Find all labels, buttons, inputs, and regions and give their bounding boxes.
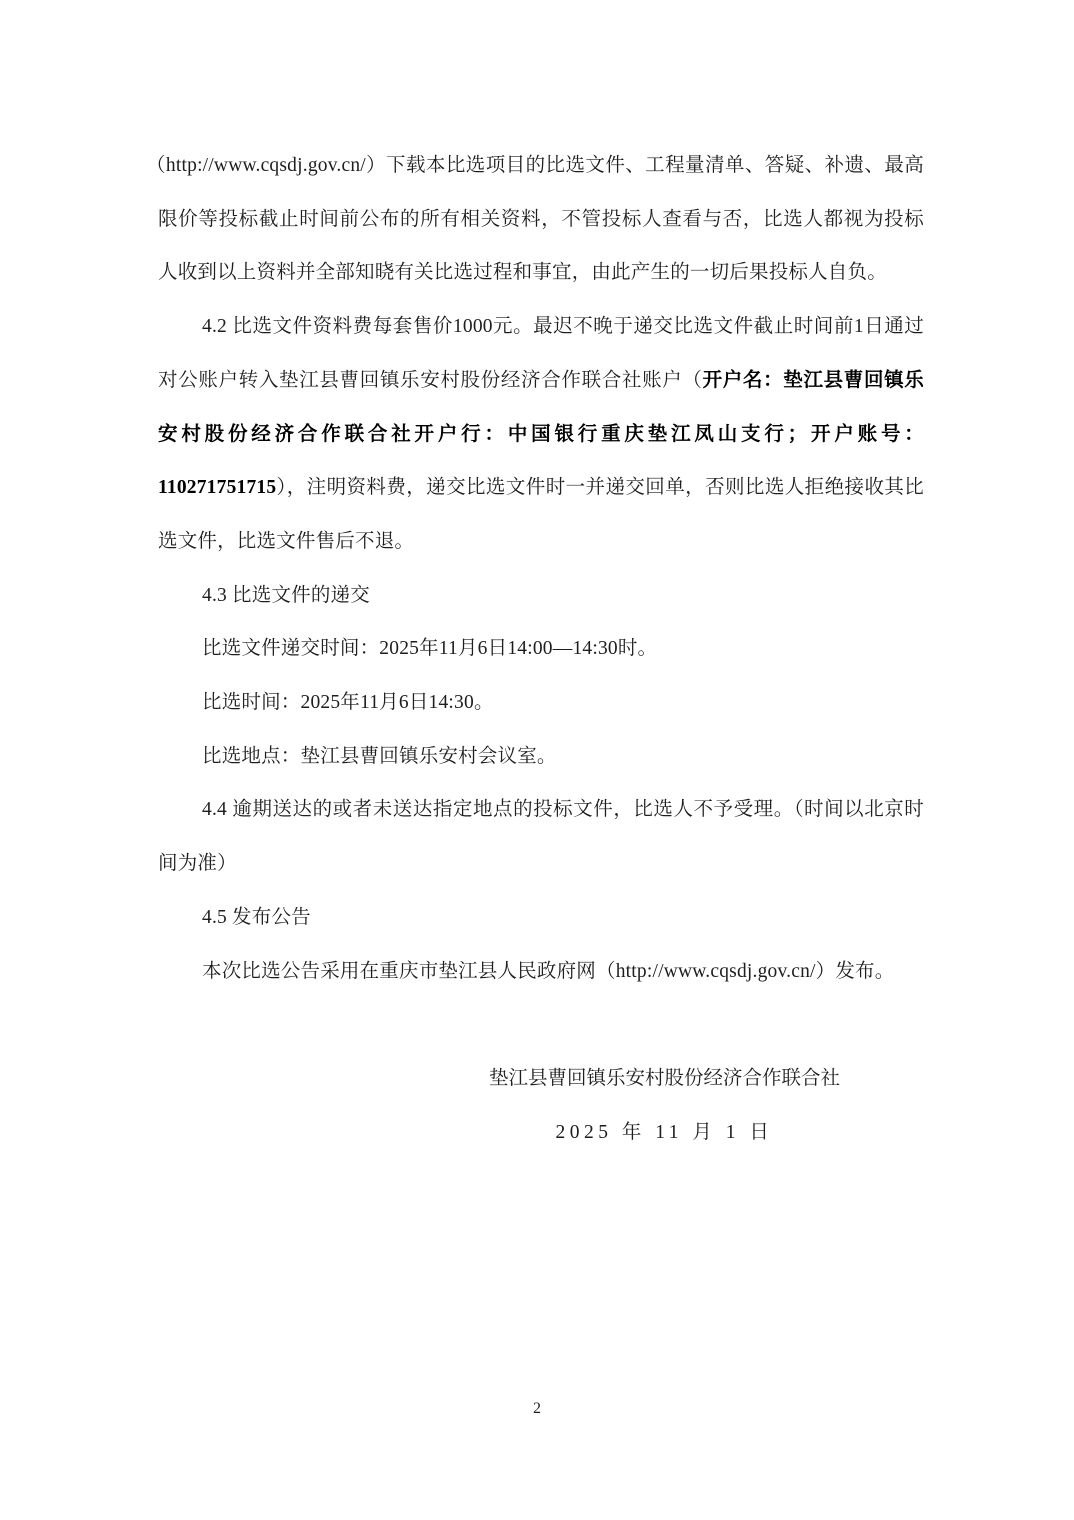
document-body: （http://www.cqsdj.gov.cn/）下载本比选项目的比选文件、工… [158, 139, 924, 1159]
document-page: （http://www.cqsdj.gov.cn/）下载本比选项目的比选文件、工… [0, 0, 1074, 1520]
signature-organization: 垫江县曹回镇乐安村股份经济合作联合社 [489, 1052, 840, 1106]
text-run: 4.5 发布公告 [202, 907, 311, 928]
paragraph-submission-time: 比选文件递交时间：2025年11月6日14:00—14:30时。 [158, 622, 924, 676]
paragraph-4-3-heading: 4.3 比选文件的递交 [158, 569, 924, 623]
text-run: （http://www.cqsdj.gov.cn/）下载本比选项目的比选文件、工… [146, 155, 924, 283]
paragraph-4-2-document-fee: 4.2 比选文件资料费每套售价1000元。最迟不晚于递交比选文件截止时间前1日通… [158, 300, 924, 569]
text-run: 4.4 逾期送达的或者未送达指定地点的投标文件，比选人不予受理。（时间以北京时间… [158, 799, 924, 874]
text-run: 比选地点：垫江县曹回镇乐安村会议室。 [202, 746, 557, 767]
paragraph-4-4-late-delivery: 4.4 逾期送达的或者未送达指定地点的投标文件，比选人不予受理。（时间以北京时间… [158, 783, 924, 890]
signature-block: 垫江县曹回镇乐安村股份经济合作联合社 2025 年 11 月 1 日 [489, 1052, 840, 1159]
text-run: 4.3 比选文件的递交 [202, 585, 370, 606]
paragraph-selection-place: 比选地点：垫江县曹回镇乐安村会议室。 [158, 730, 924, 784]
paragraph-selection-time: 比选时间：2025年11月6日14:30。 [158, 676, 924, 730]
paragraph-continued-from-previous-page: （http://www.cqsdj.gov.cn/）下载本比选项目的比选文件、工… [158, 139, 924, 300]
paragraph-publish-website: 本次比选公告采用在重庆市垫江县人民政府网（http://www.cqsdj.go… [158, 945, 924, 999]
signature-date: 2025 年 11 月 1 日 [489, 1106, 840, 1160]
text-run: 比选时间：2025年11月6日14:30。 [202, 692, 494, 713]
paragraph-4-5-heading: 4.5 发布公告 [158, 891, 924, 945]
text-run: 比选文件递交时间：2025年11月6日14:00—14:30时。 [202, 638, 657, 659]
page-number: 2 [0, 1398, 1074, 1420]
text-run: 本次比选公告采用在重庆市垫江县人民政府网（http://www.cqsdj.go… [202, 961, 894, 982]
